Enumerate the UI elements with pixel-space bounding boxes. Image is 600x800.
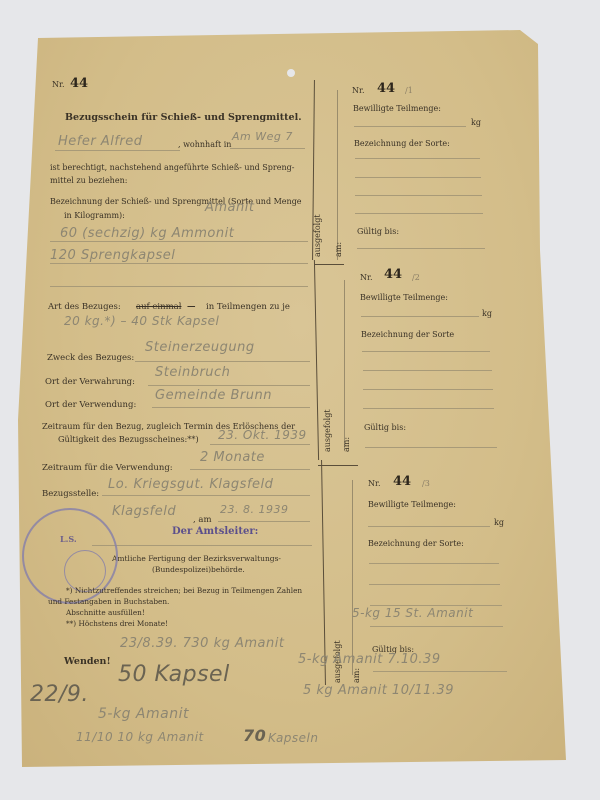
fertigung-line-2: (Bundespolizei)behörde.	[152, 565, 245, 574]
coupon-1-teilmenge-label: Bewilligte Teilmenge:	[353, 104, 441, 113]
coupon-1-am: am:	[334, 242, 343, 257]
coupon-2-suffix: /2	[412, 273, 420, 282]
bezeichnung-label-2: in Kilogramm):	[64, 211, 125, 220]
coupon-3-sorte-label: Bezeichnung der Sorte:	[368, 539, 464, 548]
coupon-1-suffix: /1	[405, 86, 413, 95]
zweck-value: Steinerzeugung	[145, 340, 255, 355]
coupon-2-nr-value: 44	[384, 267, 402, 282]
intro-line-2: mittel zu beziehen:	[50, 176, 127, 185]
coupon-2-sorte-label: Bezeichnung der Sorte	[361, 330, 454, 339]
verwahrung-value: Steinbruch	[155, 365, 230, 380]
intro-line-1: ist berechtigt, nachstehend angeführte S…	[50, 163, 294, 172]
coupon-2-teilmenge-label: Bewilligte Teilmenge:	[360, 293, 448, 302]
coupon-3-nr-value: 44	[393, 474, 411, 489]
ort-hand: Klagsfeld	[112, 504, 176, 519]
bezeichnung-hand-2: 60 (sechzig) kg Ammonit	[60, 226, 234, 241]
art-option-2: in Teilmengen zu je	[206, 302, 290, 312]
bezugsstelle-value: Lo. Kriegsgut. Klagsfeld	[108, 477, 273, 492]
bezeichnung-hand-3: 120 Sprengkapsel	[50, 248, 175, 263]
coupon-2-nr-label: Nr.	[360, 273, 373, 282]
verwendung-label: Ort der Verwendung:	[45, 400, 136, 410]
footnote-1a: *) Nichtzutreffendes streichen; bei Bezu…	[66, 586, 302, 595]
footnote-2: **) Höchstens drei Monate!	[66, 619, 168, 628]
coupon-3-hand-sorte: 5-kg 15 St. Amanit	[352, 606, 473, 620]
zeitraum-value: 23. Okt. 1939	[218, 428, 307, 442]
am-value: 23. 8. 1939	[220, 503, 288, 516]
zweck-label: Zweck des Bezuges:	[47, 353, 134, 363]
art-label: Art des Bezuges:	[48, 302, 121, 312]
fertigung-line-1: Amtliche Fertigung der Bezirksverwaltung…	[112, 554, 281, 563]
coupon-2-gueltig-label: Gültig bis:	[364, 423, 406, 432]
footnote-1b: und Festangaben in Buchstaben.	[48, 597, 169, 606]
art-option-1: auf einmal	[136, 302, 181, 312]
nr-label: Nr.	[52, 80, 65, 89]
coupon-2-am: am:	[342, 437, 351, 452]
coupon-3-teilmenge-label: Bewilligte Teilmenge:	[368, 500, 456, 509]
coupon-1-ausgefolgt: ausgefolgt	[313, 214, 322, 257]
nr-value: 44	[70, 76, 88, 91]
coupon-1-nr-label: Nr.	[352, 86, 365, 95]
am-label: , am	[193, 515, 212, 525]
handwritten-note-6: 70	[243, 726, 266, 745]
art-hand: 20 kg.*) – 40 Stk Kapsel	[64, 314, 219, 328]
handwritten-note-5: 11/10 10 kg Amanit	[76, 730, 204, 744]
verwendung-zeit-label: Zeitraum für die Verwendung:	[42, 463, 173, 473]
wenden-label: Wenden!	[64, 656, 111, 667]
bezugsstelle-label: Bezugsstelle:	[42, 489, 99, 499]
coupon-3-suffix: /3	[422, 479, 430, 488]
holder-name: Hefer Alfred	[58, 134, 143, 149]
stamp-label: L.S.	[60, 534, 77, 544]
form-title: Bezugsschein für Schieß- und Sprengmitte…	[65, 112, 302, 123]
handwritten-note-4: 5-kg Amanit	[98, 706, 189, 722]
amtsleiter-stamp: Der Amtsleiter:	[172, 526, 258, 537]
handwritten-note-7: Kapseln	[268, 731, 319, 745]
coupon-3-am: am:	[352, 668, 361, 683]
verwendung-value: Gemeinde Brunn	[155, 388, 272, 403]
punch-hole	[287, 69, 295, 77]
handwritten-note-9: 5-kg Amanit 7.10.39	[298, 652, 441, 667]
wohnhaft-label: , wohnhaft in	[178, 140, 231, 149]
handwritten-note-3: 22/9.	[30, 682, 89, 707]
zeitraum-label-2: Gültigkeit des Bezugsscheines:**)	[58, 434, 199, 444]
coupon-3-kg: kg	[494, 518, 504, 527]
coupon-1-nr-value: 44	[377, 81, 395, 96]
coupon-2-ausgefolgt: ausgefolgt	[323, 409, 332, 452]
art-dash: —	[187, 302, 196, 312]
bezeichnung-hand-1: Amanit	[205, 200, 254, 215]
footnote-1c: Abschnitte ausfüllen!	[66, 608, 145, 617]
verwendung-zeit-value: 2 Monate	[200, 450, 265, 465]
handwritten-note-10: 5 kg Amanit 10/11.39	[303, 683, 454, 698]
coupon-1-gueltig-label: Gültig bis:	[357, 227, 399, 236]
handwritten-note-2: 50 Kapsel	[118, 662, 230, 687]
coupon-1-sorte-label: Bezeichnung der Sorte:	[354, 139, 450, 148]
coupon-3-nr-label: Nr.	[368, 479, 381, 488]
wohnhaft-value: Am Weg 7	[232, 130, 293, 143]
coupon-2-kg: kg	[482, 309, 492, 318]
bezeichnung-label-1: Bezeichnung der Schieß- und Sprengmittel…	[50, 197, 302, 206]
verwahrung-label: Ort der Verwahrung:	[45, 377, 135, 387]
coupon-1-kg: kg	[471, 118, 481, 127]
handwritten-note-1: 23/8.39. 730 kg Amanit	[120, 636, 284, 651]
